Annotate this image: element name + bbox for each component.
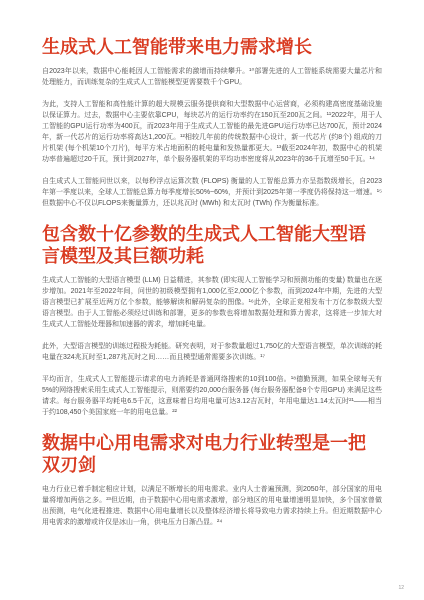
section-double-edged-sword: 数据中心用电需求对电力行业转型是一把双刃剑 电力行业已着手制定相应计划，以满足不… (42, 432, 382, 528)
section-llm-power-consumption: 包含数十亿参数的生成式人工智能大型语言模型及其巨额功耗 生成式人工智能的大型语言… (42, 223, 382, 418)
paragraph: 自2023年以来，数据中心能耗因人工智能需求的激增而持续攀升。¹⁰部署先进的人工… (42, 66, 382, 88)
paragraph: 自生成式人工智能问世以来，以每秒浮点运算次数 (FLOPS) 衡量的人工智能总算… (42, 176, 382, 209)
section-heading: 包含数十亿参数的生成式人工智能大型语言模型及其巨额功耗 (42, 223, 382, 267)
section-heading: 数据中心用电需求对电力行业转型是一把双刃剑 (42, 432, 382, 476)
section-gen-ai-demand: 生成式人工智能带来电力需求增长 自2023年以来，数据中心能耗因人工智能需求的激… (42, 36, 382, 209)
paragraph: 生成式人工智能的大型语言模型 (LLM) 日益精进，其参数 (即实现人工智能学习… (42, 275, 382, 330)
page-number: 12 (398, 586, 404, 591)
paragraph: 平均而言，生成式人工智能提示请求的电力消耗是普通网络搜索的10到100倍。¹⁸德… (42, 374, 382, 418)
document-page: 生成式人工智能带来电力需求增长 自2023年以来，数据中心能耗因人工智能需求的激… (0, 0, 424, 600)
paragraph: 电力行业已着手制定相应计划，以满足不断增长的用电需求。业内人士普遍预测，到205… (42, 484, 382, 528)
section-heading: 生成式人工智能带来电力需求增长 (42, 36, 382, 58)
paragraph: 为此，支持人工智能和高性能计算的超大规模云服务提供商和大型数据中心运营商，必须构… (42, 99, 382, 165)
paragraph: 此外，大型语言模型的训练过程极为耗能。研究表明，对于参数量超过1,750亿的大型… (42, 341, 382, 363)
